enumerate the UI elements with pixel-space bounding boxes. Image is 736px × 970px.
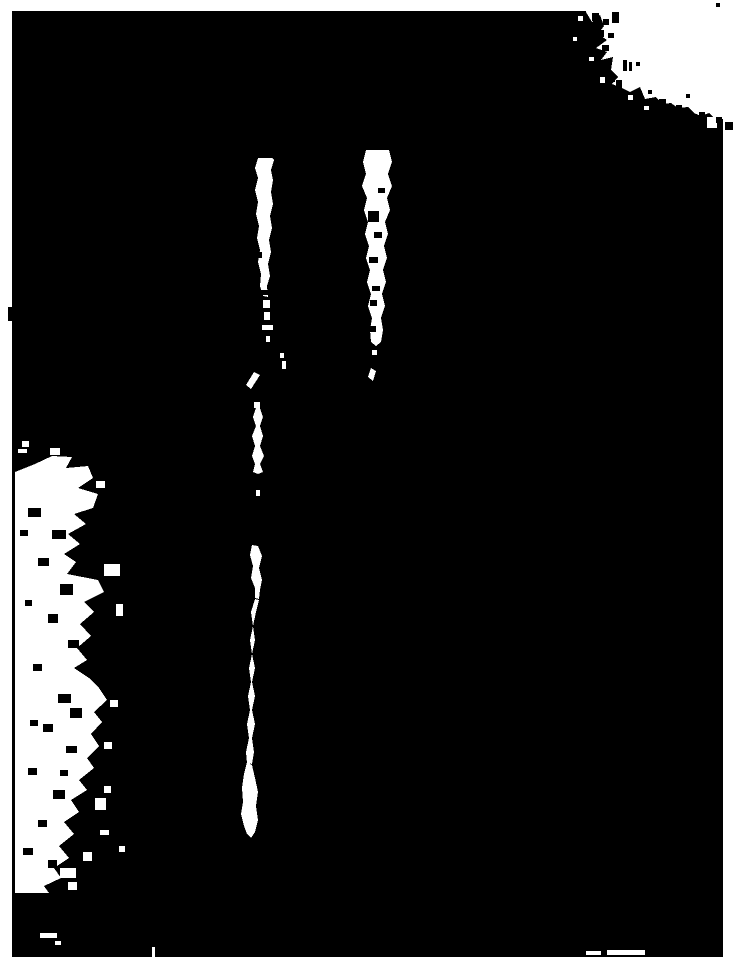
- blob-speck: [603, 19, 609, 25]
- noise-fleck: [119, 846, 125, 852]
- noise-speck: [20, 530, 28, 536]
- noise-fleck: [110, 700, 118, 707]
- noise-fleck: [22, 441, 29, 447]
- streak-left-fragment: [262, 325, 273, 330]
- margin-notch-left: [8, 307, 14, 321]
- photo-canvas: [0, 0, 736, 970]
- streak-right-notch: [372, 286, 380, 291]
- blob-speck: [623, 60, 627, 71]
- noise-fleck: [104, 564, 120, 576]
- streak-right-notch: [369, 257, 378, 263]
- blob-speck: [592, 13, 599, 21]
- noise-speck: [70, 708, 82, 718]
- blob-speck: [616, 80, 622, 88]
- noise-speck: [30, 720, 38, 726]
- blob-speck: [602, 45, 609, 51]
- trace-speck: [254, 402, 260, 408]
- noise-speck: [38, 820, 47, 827]
- blob-speck: [636, 62, 640, 66]
- noise-speck: [43, 724, 53, 732]
- blob-fleck: [644, 106, 649, 110]
- bottom-edge-fleck: [55, 941, 61, 945]
- blob-speck: [699, 112, 705, 117]
- blob-speck: [612, 12, 619, 23]
- blob-fleck: [628, 95, 633, 100]
- noise-fleck: [116, 604, 123, 616]
- bottom-edge-fleck: [586, 951, 601, 955]
- noise-speck: [28, 768, 37, 775]
- noise-speck: [33, 664, 42, 671]
- noise-speck: [60, 770, 68, 776]
- streak-right-notch: [378, 188, 385, 193]
- blob-speck: [648, 90, 652, 94]
- margin-dot-top-right: [716, 3, 720, 7]
- noise-fleck: [104, 786, 111, 793]
- noise-speck: [38, 558, 49, 566]
- blob-speck: [659, 99, 666, 104]
- bottom-edge-fleck: [607, 950, 645, 955]
- crossing-speck: [280, 353, 284, 358]
- blob-speck: [716, 117, 722, 123]
- blob-speck: [686, 94, 690, 98]
- streak-left-gap: [258, 252, 262, 258]
- noise-fleck: [50, 448, 60, 455]
- blob-speck: [609, 76, 615, 82]
- streak-left-fragment: [263, 300, 270, 308]
- noise-speck: [48, 860, 57, 868]
- binarized-photo-figure: [0, 0, 736, 970]
- noise-speck: [52, 530, 66, 539]
- noise-fleck: [96, 481, 105, 488]
- streak-right-notch: [369, 326, 376, 332]
- trace-speck: [256, 490, 260, 496]
- noise-fleck: [60, 868, 76, 878]
- noise-speck: [68, 640, 79, 648]
- crossing-speck: [282, 361, 286, 369]
- blob-speck: [608, 33, 614, 38]
- noise-speck: [23, 848, 33, 855]
- blob-fleck: [600, 77, 605, 83]
- noise-speck: [60, 584, 73, 595]
- streak-right-notch: [368, 211, 379, 222]
- streak-left-fragment: [266, 336, 270, 342]
- streak-left-gap: [259, 290, 271, 295]
- blob-fleck: [589, 57, 594, 61]
- noise-fleck: [18, 449, 27, 453]
- blob-fleck: [578, 16, 583, 21]
- noise-fleck: [83, 852, 92, 861]
- streak-right-notch: [374, 232, 382, 238]
- bottom-edge-fleck: [40, 933, 57, 938]
- blob-speck: [629, 62, 632, 71]
- blob-fleck: [573, 37, 577, 41]
- blob-fleck: [707, 117, 717, 128]
- noise-speck: [48, 614, 58, 623]
- noise-speck: [25, 600, 32, 606]
- bottom-edge-fleck: [152, 947, 155, 957]
- noise-speck: [28, 508, 41, 517]
- noise-fleck: [68, 882, 77, 890]
- noise-fleck: [104, 742, 112, 749]
- margin-mark-right: [725, 122, 733, 130]
- noise-speck: [58, 694, 71, 703]
- noise-fleck: [100, 830, 109, 835]
- blob-fleck: [732, 6, 735, 10]
- streak-right-fragment: [372, 350, 377, 355]
- noise-speck: [66, 746, 77, 753]
- streak-right-notch: [370, 300, 377, 306]
- blob-speck: [590, 42, 596, 47]
- blob-speck: [596, 30, 604, 37]
- noise-fleck: [95, 798, 106, 810]
- blob-speck: [676, 105, 682, 109]
- streak-left-fragment: [264, 312, 270, 320]
- noise-speck: [53, 790, 65, 799]
